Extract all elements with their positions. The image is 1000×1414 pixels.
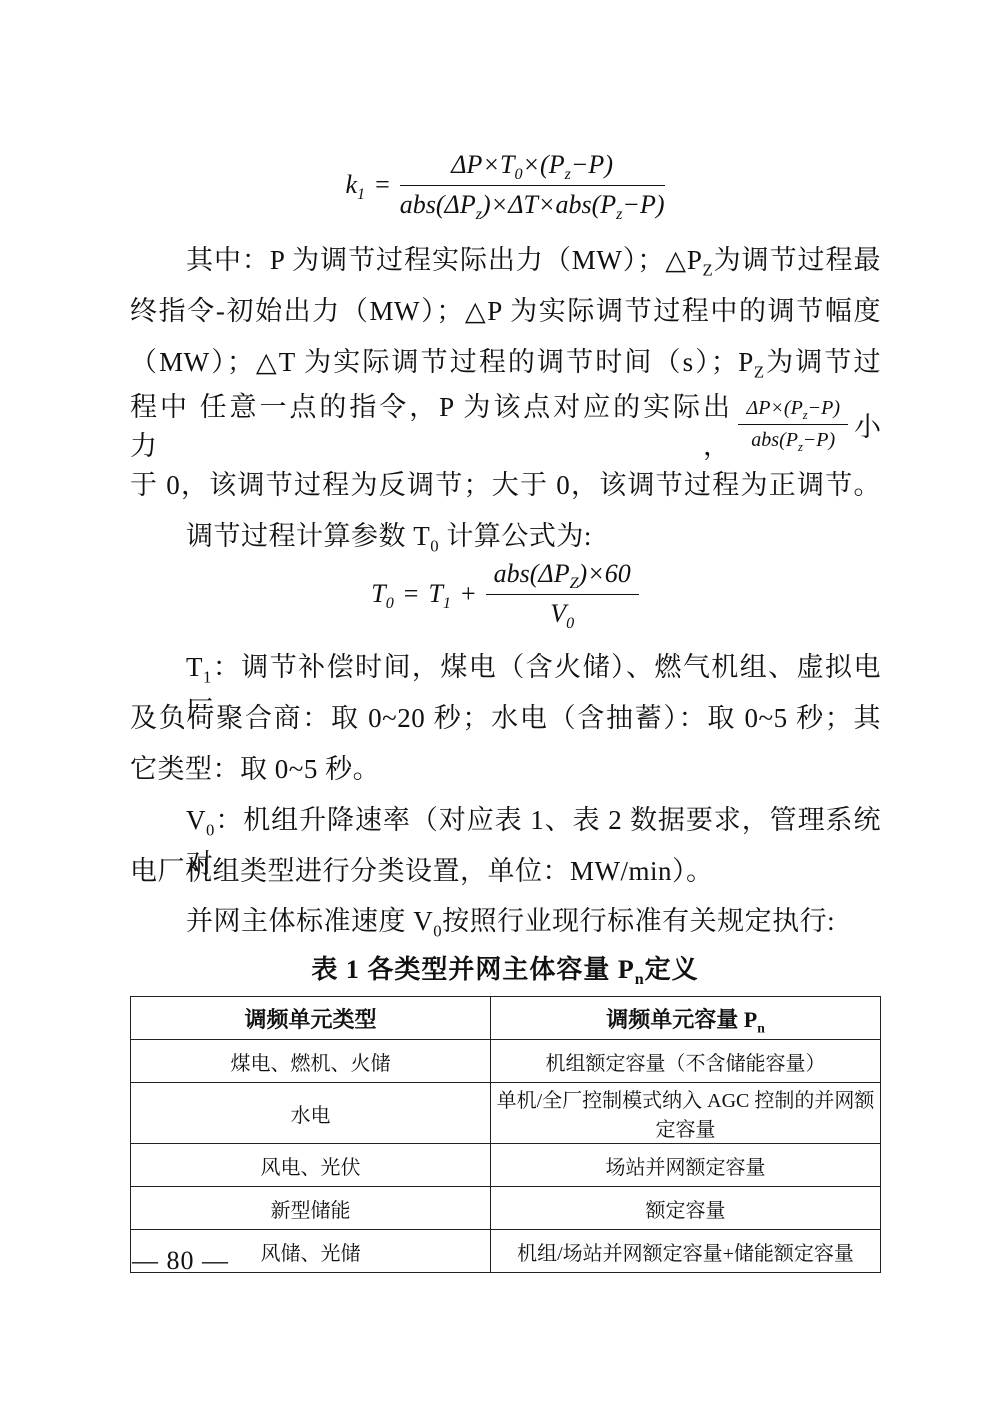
formula-t0-numerator: abs(ΔPZ)×60 (486, 558, 639, 595)
formula-k1-fraction: ΔP×T0×(Pz−P) abs(ΔPz)×ΔT×abs(Pz−P) (400, 149, 665, 221)
table-row: 煤电、燃机、火储 机组额定容量（不含储能容量） (131, 1040, 881, 1083)
table-row: 风电、光伏 场站并网额定容量 (131, 1144, 881, 1187)
cell-capacity: 机组/场站并网额定容量+储能额定容量 (491, 1230, 881, 1273)
formula-t0-t1: T1 (428, 579, 451, 609)
cell-capacity: 额定容量 (491, 1187, 881, 1230)
formula-t0-denominator: V0 (486, 595, 639, 631)
formula-k1-numerator: ΔP×T0×(Pz−P) (400, 149, 665, 186)
formula-t0-fraction: abs(ΔPZ)×60 V0 (486, 558, 639, 630)
para1-line5: 于 0，该调节过程为反调节；大于 0，该调节过程为正调节。 (130, 463, 881, 507)
table-row: 新型储能 额定容量 (131, 1187, 881, 1230)
para1-line2: 终指令-初始出力（MW）；△P 为实际调节过程中的调节幅度 (130, 289, 881, 333)
formula-k1: k1 = ΔP×T0×(Pz−P) abs(ΔPz)×ΔT×abs(Pz−P) (130, 145, 880, 225)
para3-line2: 及负荷聚合商：取 0~20 秒；水电（含抽蓄）：取 0~5 秒；其 (130, 696, 881, 740)
table1: 调频单元类型 调频单元容量 Pn 煤电、燃机、火储 机组额定容量（不含储能容量）… (130, 996, 881, 1273)
plus-sign: + (461, 579, 476, 609)
table1-header-type: 调频单元类型 (131, 997, 491, 1040)
document-page: k1 = ΔP×T0×(Pz−P) abs(ΔPz)×ΔT×abs(Pz−P) … (0, 0, 1000, 1414)
formula-k1-lhs: k1 (346, 170, 366, 200)
para1-line1: 其中：P 为调节过程实际出力（MW）；△PZ为调节过程最 (130, 238, 881, 282)
para3-line3: 它类型：取 0~5 秒。 (130, 747, 881, 791)
para5-line1: 并网主体标准速度 V0按照行业现行标准有关规定执行: (130, 899, 881, 943)
table-row: 风储、光储 机组/场站并网额定容量+储能额定容量 (131, 1230, 881, 1273)
cell-type: 新型储能 (131, 1187, 491, 1230)
cell-type: 煤电、燃机、火储 (131, 1040, 491, 1083)
formula-t0: T0 = T1 + abs(ΔPZ)×60 V0 (130, 552, 880, 636)
page-number: — 80 — (132, 1246, 229, 1276)
cell-capacity: 单机/全厂控制模式纳入 AGC 控制的并网额定容量 (491, 1083, 881, 1144)
cell-type: 风电、光伏 (131, 1144, 491, 1187)
cell-type: 水电 (131, 1083, 491, 1144)
equals-sign: = (375, 170, 390, 200)
para1-line3: （MW）；△T 为实际调节过程的调节时间（s）；PZ为调节过 (130, 340, 881, 384)
equals-sign: = (404, 579, 419, 609)
table1-header-row: 调频单元类型 调频单元容量 Pn (131, 997, 881, 1040)
cell-capacity: 场站并网额定容量 (491, 1144, 881, 1187)
inline-fraction-denominator: abs(Pz−P) (738, 425, 848, 453)
para4-line2: 电厂机组类型进行分类设置，单位：MW/min）。 (130, 849, 881, 893)
inline-fraction-numerator: ΔP×(Pz−P) (738, 396, 848, 425)
formula-t0-lhs: T0 (371, 579, 394, 609)
para1-line4: 程中 任意一点的指令，P 为该点对应的实际出力， ΔP×(Pz−P) abs(P… (130, 385, 881, 463)
table1-title: 表 1 各类型并网主体容量 Pn定义 (130, 949, 880, 986)
cell-capacity: 机组额定容量（不含储能容量） (491, 1040, 881, 1083)
inline-fraction: ΔP×(Pz−P) abs(Pz−P) (738, 396, 848, 453)
table-row: 水电 单机/全厂控制模式纳入 AGC 控制的并网额定容量 (131, 1083, 881, 1144)
formula-k1-denominator: abs(ΔPz)×ΔT×abs(Pz−P) (400, 186, 665, 222)
table1-header-capacity: 调频单元容量 Pn (491, 997, 881, 1040)
